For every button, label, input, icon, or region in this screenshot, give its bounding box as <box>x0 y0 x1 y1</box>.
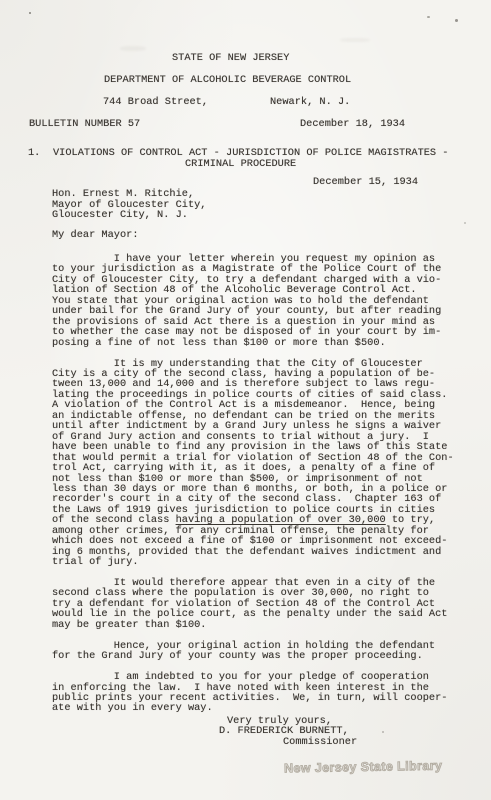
subject-number: 1. <box>28 148 40 159</box>
street-address: 744 Broad Street, <box>103 97 208 108</box>
bulletin-date: December 18, 1934 <box>300 119 405 130</box>
recipient-address: Hon. Ernest M. Ritchie, Mayor of Glouces… <box>52 189 206 221</box>
signature-name: D. FREDERICK BURNETT, <box>219 726 349 737</box>
paragraph-1: I have your letter wherein you request m… <box>52 254 454 348</box>
city-address: Newark, N. J. <box>270 97 350 108</box>
signature-title: Commissioner <box>283 737 357 748</box>
paragraph-2-before: It is my understanding that the City of … <box>52 358 454 527</box>
subject-line-2: CRIMINAL PROCEDURE <box>185 159 296 170</box>
paragraph-5: I am indebted to you for your pledge of … <box>52 672 454 714</box>
bulletin-page: STATE OF NEW JERSEY DEPARTMENT OF ALCOHO… <box>0 0 491 800</box>
paper-speck <box>382 731 384 733</box>
paper-smudge <box>340 38 370 42</box>
paragraph-2: It is my understanding that the City of … <box>52 359 454 568</box>
library-stamp: New Jersey State Library <box>284 759 443 776</box>
paper-smudge <box>120 46 146 51</box>
letter-date: December 15, 1934 <box>313 177 418 188</box>
paper-speck <box>455 19 458 22</box>
bulletin-number: BULLETIN NUMBER 57 <box>29 119 140 130</box>
salutation: My dear Mayor: <box>52 230 139 241</box>
paper-speck <box>464 222 466 224</box>
paragraph-4: Hence, your original action in holding t… <box>52 641 454 662</box>
paper-speck <box>29 12 31 14</box>
state-title: STATE OF NEW JERSEY <box>172 53 289 64</box>
paragraph-3: It would therefore appear that even in a… <box>52 578 454 630</box>
letter-body: I have your letter wherein you request m… <box>52 254 454 714</box>
department-title: DEPARTMENT OF ALCOHOLIC BEVERAGE CONTROL <box>104 75 351 86</box>
subject-line-1: VIOLATIONS OF CONTROL ACT - JURISDICTION… <box>53 148 448 159</box>
paper-speck <box>427 16 430 18</box>
